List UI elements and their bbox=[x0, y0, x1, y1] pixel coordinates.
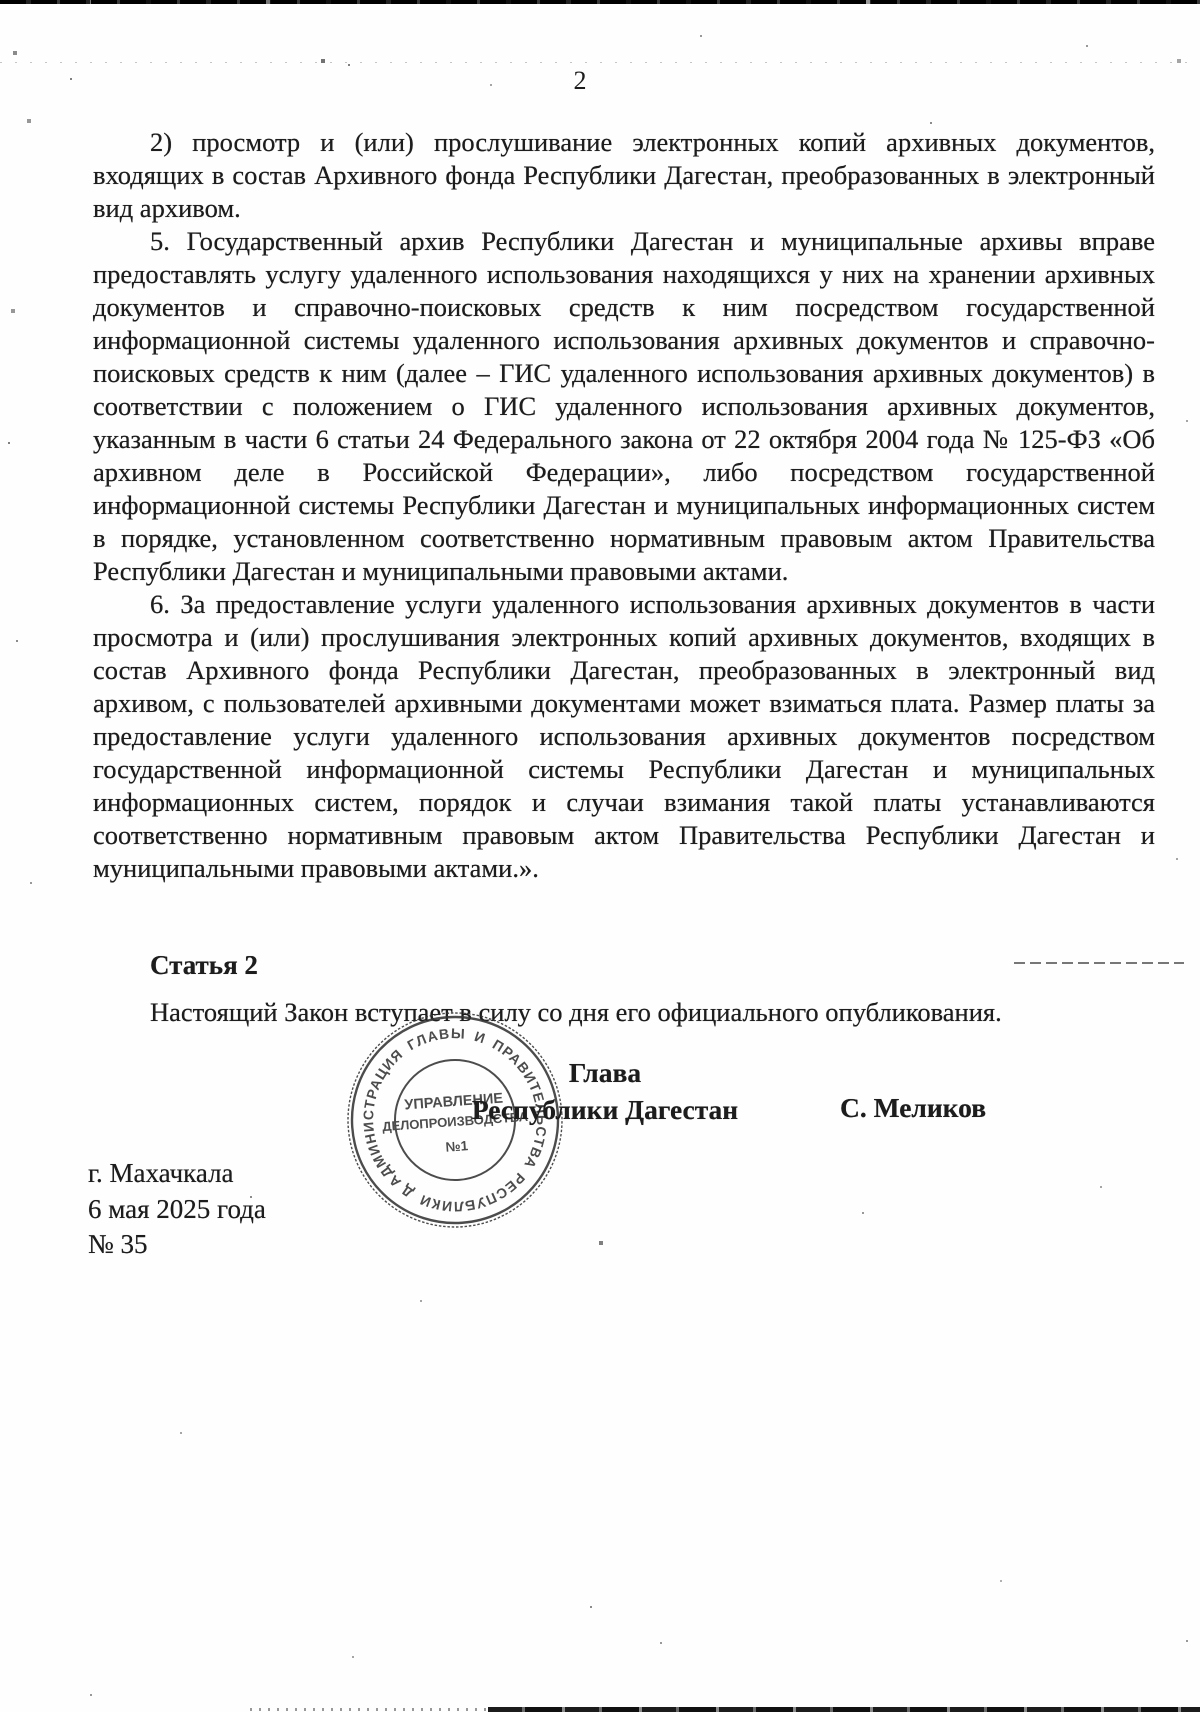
article-2-text: Настоящий Закон вступает в силу со дня е… bbox=[93, 996, 1155, 1029]
scan-artifact-bottom-ticks bbox=[250, 1708, 488, 1711]
document-page: 2 2) просмотр и (или) прослушивание элек… bbox=[0, 0, 1200, 1712]
document-body: 2) просмотр и (или) прослушивание электр… bbox=[93, 126, 1155, 885]
signature-name: С. Меликов bbox=[840, 1089, 986, 1126]
scan-noise-specks bbox=[0, 0, 2, 2]
scan-artifact-top-bar bbox=[0, 0, 1200, 4]
paragraph-item-2: 2) просмотр и (или) прослушивание электр… bbox=[93, 126, 1155, 225]
signature-role-line2: Республики Дагестан bbox=[440, 1091, 770, 1128]
signature-role-block: Глава Республики Дагестан bbox=[440, 1054, 770, 1128]
paragraph-part-6: 6. За предоставление услуги удаленного и… bbox=[93, 588, 1155, 885]
scan-artifact-bottom-bar bbox=[488, 1707, 1200, 1712]
stamp-center-line3: №1 bbox=[445, 1138, 469, 1155]
scan-artifact-dashed-line bbox=[1014, 962, 1184, 964]
paragraph-part-5: 5. Государственный архив Республики Даге… bbox=[93, 225, 1155, 588]
article-2-heading: Статья 2 bbox=[150, 950, 258, 981]
page-number: 2 bbox=[0, 66, 1160, 96]
issue-date: 6 мая 2025 года bbox=[88, 1192, 266, 1228]
issue-city: г. Махачкала bbox=[88, 1156, 266, 1192]
issue-number: № 35 bbox=[88, 1227, 266, 1263]
scan-artifact-dotted-line bbox=[0, 62, 1200, 63]
issue-details-block: г. Махачкала 6 мая 2025 года № 35 bbox=[88, 1156, 266, 1263]
signature-role-line1: Глава bbox=[440, 1054, 770, 1091]
